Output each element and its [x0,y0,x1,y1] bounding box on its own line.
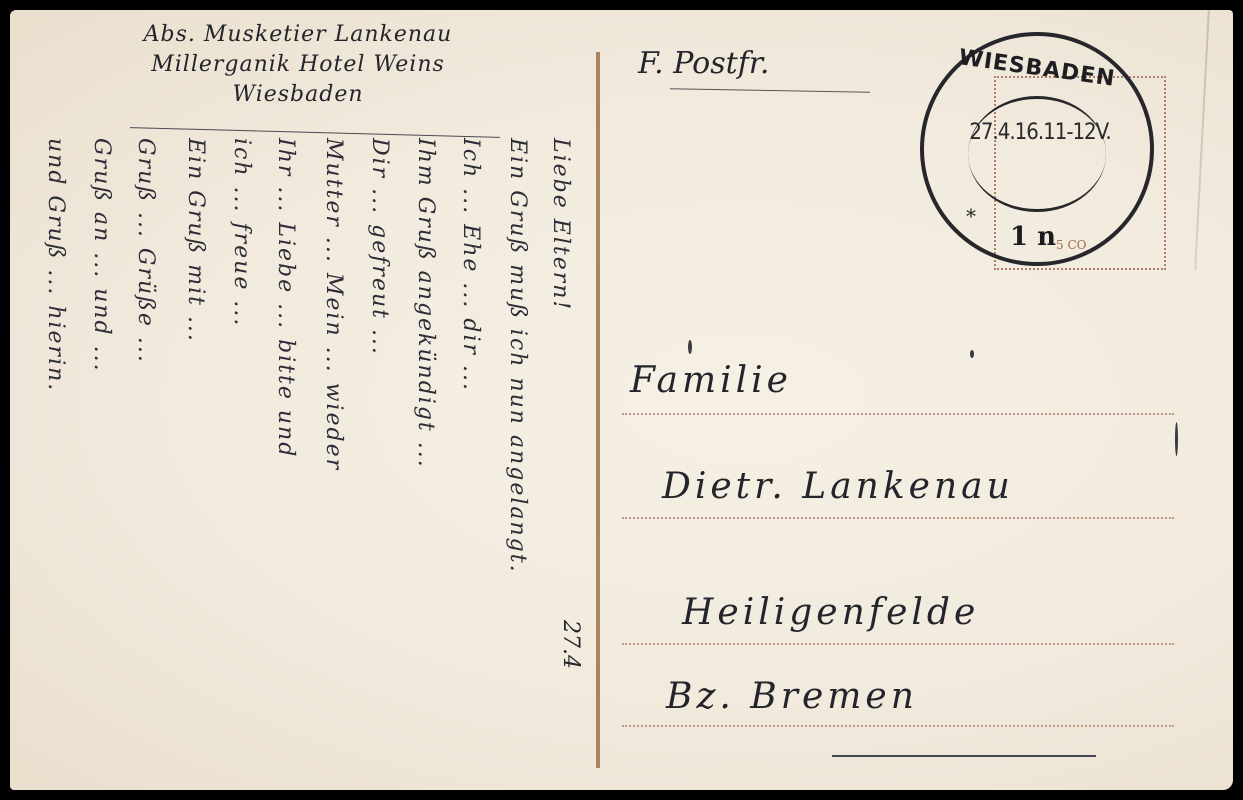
message-line: Ihm Gruß angekündigt ... [408,138,438,758]
address-line: Bz. Bremen [666,676,918,717]
message-line: ich ... freue ... [224,138,254,758]
ink-speck [688,340,692,354]
postmark: WIESBADEN 27.4.16.11-12V. * 1 n [920,32,1154,266]
paper-crease [1194,10,1210,270]
sender-line: Abs. Musketier Lankenau [28,20,568,50]
message-line: Ein Gruß muß ich nun angelangt. [500,138,530,758]
message-date: 27.4 [558,620,583,669]
feldpost-label: F. Postfr. [638,46,769,81]
message-line: Ihr ... Liebe ... bitte und [268,138,298,758]
sender-line: Millerganik Hotel Weins [28,50,568,80]
postmark-inner-ring [968,96,1106,212]
address-underline [832,755,1096,757]
address-line: Heiligenfelde [682,592,979,633]
divider-line [596,52,600,768]
message-line: Gruß an ... und ... [84,138,114,758]
ink-speck [1175,422,1178,456]
message-line: Dir ... gefreut ... [362,138,392,758]
feldpost-underline [670,88,870,92]
message-line: und Gruß ... hierin. [38,138,68,758]
postmark-date: 27.4.16.11-12V. [950,120,1130,145]
postcard: Abs. Musketier Lankenau Millerganik Hote… [10,10,1233,790]
message-line: Gruß ... Grüße ... [128,138,158,758]
address-rule [622,642,1174,645]
postmark-office: 1 n [1010,222,1056,252]
postmark-star-icon: * [966,204,976,228]
ink-speck [970,350,974,358]
address-rule [622,724,1174,727]
postmark-city: WIESBADEN [951,44,1123,92]
address-line: Dietr. Lankenau [662,466,1014,507]
sender-block: Abs. Musketier Lankenau Millerganik Hote… [28,20,568,110]
message-line: Ich ... Ehe ... dir ... [453,138,483,758]
address-line: Familie [630,360,792,401]
message-line: Mutter ... Mein ... wieder [316,138,346,758]
address-rule [622,412,1174,415]
address-rule [622,516,1174,519]
message-line: Ein Gruß mit ... [178,138,208,758]
sender-underline [130,127,500,138]
message-block: Liebe Eltern! Ein Gruß muß ich nun angel… [28,138,588,778]
sender-line: Wiesbaden [28,80,568,110]
